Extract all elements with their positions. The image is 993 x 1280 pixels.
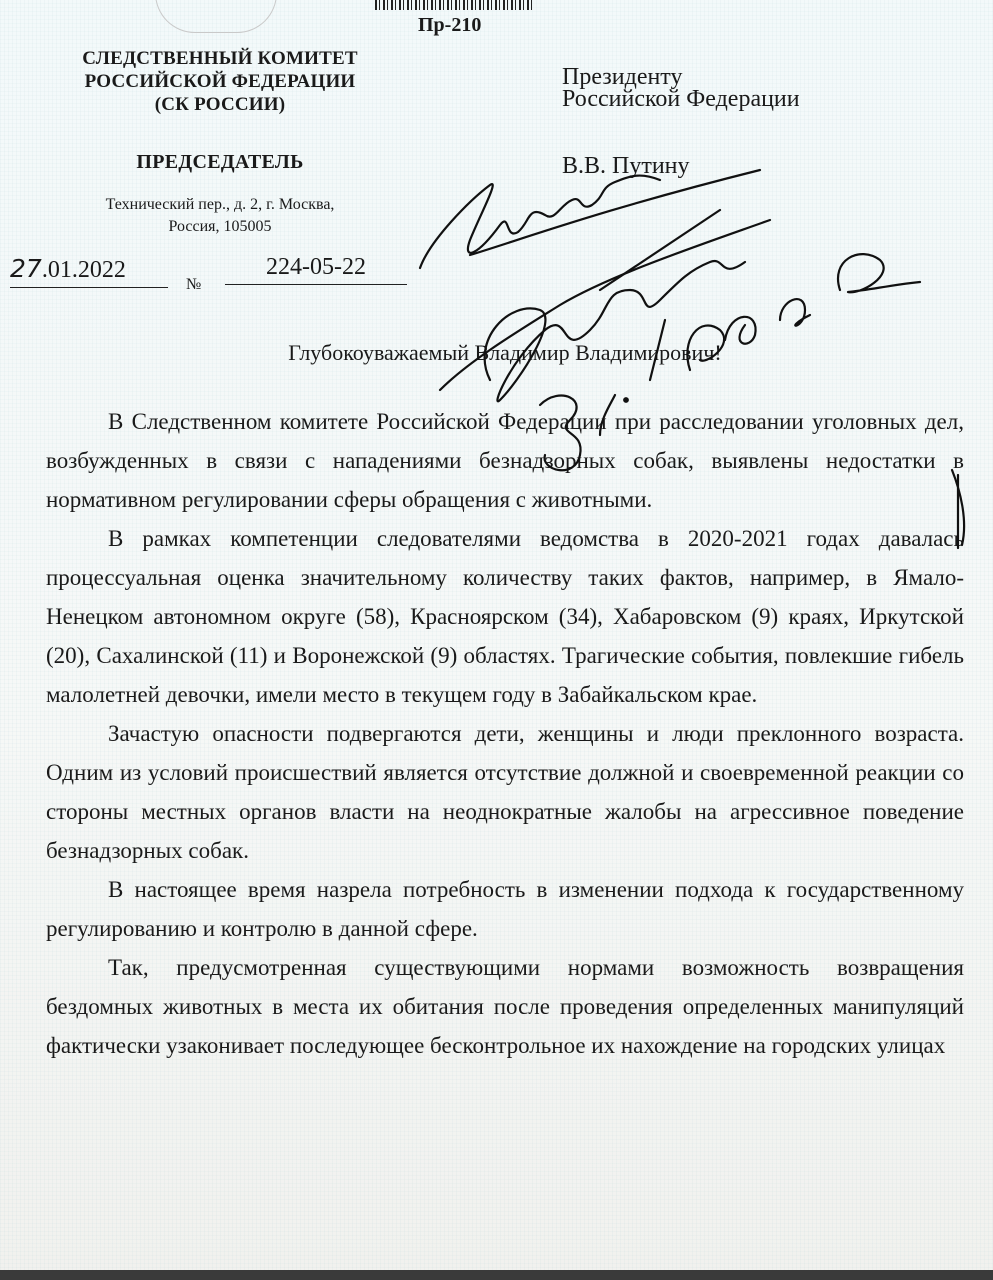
paragraph: В настоящее время назрела потребность в … (46, 870, 964, 948)
letterhead: СЛЕДСТВЕННЫЙ КОМИТЕТ РОССИЙСКОЙ ФЕДЕРАЦИ… (30, 47, 410, 238)
address-line: Технический пер., д. 2, г. Москва, (30, 194, 410, 216)
addressee-block: Президенту Российской Федерации В.В. Пут… (562, 66, 800, 177)
printed-date: .01.2022 (42, 257, 126, 283)
registration-number: Пр-210 (418, 14, 481, 37)
address: Технический пер., д. 2, г. Москва, Росси… (30, 194, 410, 238)
document-number: 224-05-22 (225, 254, 407, 285)
signature-upper-icon (420, 176, 660, 268)
addressee-name: В.В. Путину (562, 155, 800, 177)
paragraph: Так, предусмотренная существующими норма… (46, 948, 964, 1065)
letter-body: В Следственном комитете Российской Федер… (46, 402, 964, 1065)
paragraph: В рамках компетенции следователями ведом… (46, 519, 964, 714)
paragraph: Зачастую опасности подвергаются дети, же… (46, 714, 964, 870)
document-page: Пр-210 СЛЕДСТВЕННЫЙ КОМИТЕТ РОССИЙСКОЙ Ф… (0, 0, 993, 1280)
organization-name-line: РОССИЙСКОЙ ФЕДЕРАЦИИ (30, 70, 410, 93)
organization-name-line: СЛЕДСТВЕННЫЙ КОМИТЕТ (30, 47, 410, 70)
addressee-line: Президенту (562, 66, 800, 88)
document-date: 27.01.2022 (10, 254, 168, 288)
handwritten-day: 27 (10, 254, 42, 283)
photo-edge-bar (0, 1270, 993, 1280)
state-emblem-icon (155, 0, 277, 33)
address-line: Россия, 105005 (30, 216, 410, 238)
addressee-line: Российской Федерации (562, 88, 800, 110)
number-sign: № (186, 276, 201, 294)
organization-abbreviation: (СК РОССИИ) (30, 93, 410, 116)
barcode (375, 0, 535, 10)
paragraph: В Следственном комитете Российской Федер… (46, 402, 964, 519)
position-title: ПРЕДСЕДАТЕЛЬ (30, 151, 410, 174)
salutation: Глубокоуважаемый Владимир Владимирович! (0, 340, 993, 366)
